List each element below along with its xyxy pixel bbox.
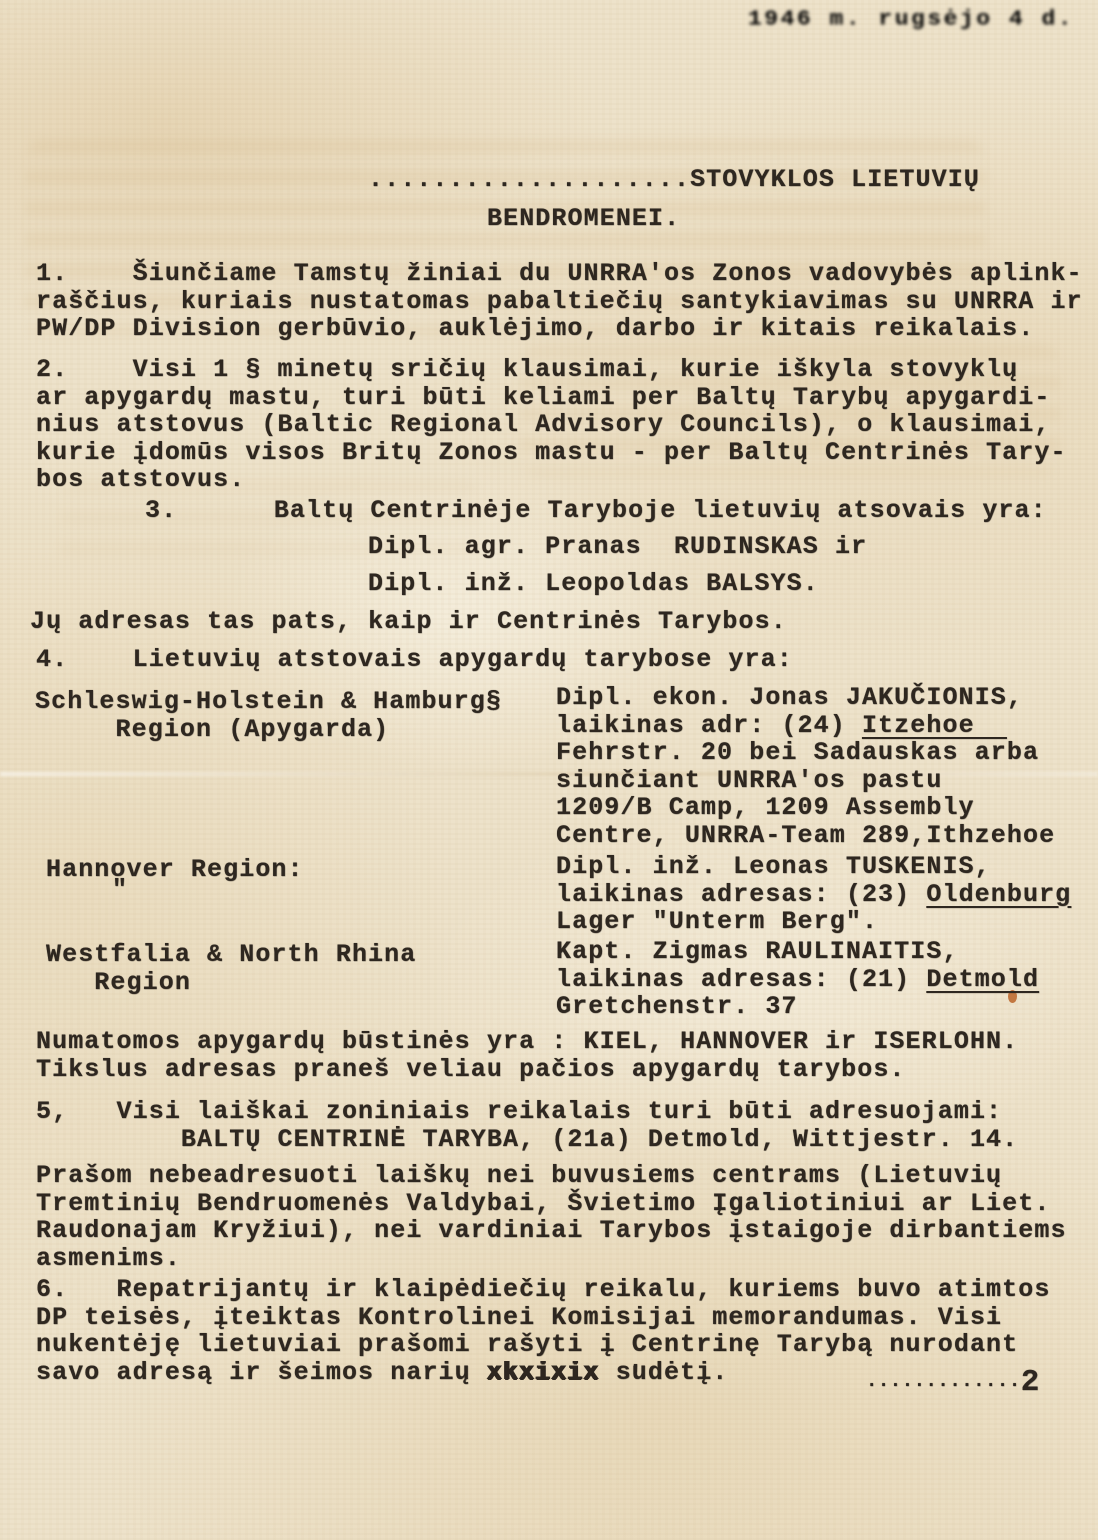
- region-schleswig-representative: Dipl. ekon. Jonas JAKUČIONIS,laikinas ad…: [556, 684, 1055, 849]
- region-westfalia-representative: Kapt. Zigmas RAULINAITIS,laikinas adresa…: [556, 938, 1039, 1021]
- section-4-heading: 4. Lietuvių atstovais apygardų tarybose …: [36, 646, 793, 674]
- headquarters-note: Numatomos apygardų būstinės yra : KIEL, …: [36, 1028, 1018, 1083]
- text-line: Lager "Unterm Berg".: [556, 908, 1071, 936]
- text-line: Dipl. inž. Leonas TUSKENIS,: [556, 853, 1071, 881]
- text-line: 4. Lietuvių atstovais apygardų tarybose …: [36, 646, 793, 674]
- text-line: Dipl. ekon. Jonas JAKUČIONIS,: [556, 684, 1055, 712]
- text-line: 1. Šiunčiame Tamstų žiniai du UNRRA'os Z…: [36, 260, 1083, 288]
- text-line: laikinas adresas: (23) Oldenburg: [556, 881, 1071, 909]
- paragraph-2: 2. Visi 1 § minetų sričių klausimai, kur…: [36, 356, 1067, 494]
- text-line: Raudonajam Kryžiui), nei vardiniai Taryb…: [36, 1217, 1067, 1245]
- text-line: BALTŲ CENTRINĖ TARYBA, (21a) Detmold, Wi…: [36, 1126, 1018, 1154]
- text-line: kurie įdomūs visos Britų Zonos mastu - p…: [36, 439, 1067, 467]
- text-line: raščius, kuriais nustatomas pabaltiečių …: [36, 288, 1083, 316]
- text-line: Fehrstr. 20 bei Sadauskas arba: [556, 739, 1055, 767]
- region-schleswig-label: Schleswig-Holstein & Hamburg§ Region (Ap…: [35, 688, 502, 743]
- text-line: Kapt. Zigmas RAULINAITIS,: [556, 938, 1039, 966]
- document-page: 1946 m. rugsėjo 4 d. ...................…: [0, 0, 1098, 1540]
- stray-mark: ': [628, 1362, 644, 1390]
- delegate-rudinskas: Dipl. agr. Pranas RUDINSKAS ir: [368, 533, 867, 561]
- paragraph-5: 5, Visi laiškai zoniniais reikalais turi…: [36, 1098, 1018, 1153]
- document-title-line1: ....................STOVYKLOS LIETUVIŲ: [368, 166, 980, 194]
- region-westfalia-label: Westfalia & North Rhina Region: [46, 941, 416, 996]
- text-line: bos atstovus.: [36, 466, 1067, 494]
- text-line: nius atstovus (Baltic Regional Advisory …: [36, 411, 1067, 439]
- page-leader-dots: .............: [866, 1370, 1021, 1392]
- region-hannover-representative: Dipl. inž. Leonas TUSKENIS,laikinas adre…: [556, 853, 1071, 936]
- text-line: Region: [46, 969, 416, 997]
- text-line: Westfalia & North Rhina: [46, 941, 416, 969]
- text-line: 6. Repatrijantų ir klaipėdiečių reikalu,…: [36, 1276, 1050, 1304]
- text-line: Dipl. agr. Pranas RUDINSKAS ir: [368, 533, 867, 561]
- leader-dots: ....................: [368, 165, 690, 194]
- document-title-line2: BENDROMENEI.: [487, 205, 680, 233]
- page-number: 2: [1021, 1365, 1041, 1400]
- text-line: 1209/B Camp, 1209 Assembly: [556, 794, 1055, 822]
- text-line: 2. Visi 1 § minetų sričių klausimai, kur…: [36, 356, 1067, 384]
- text-line: nukentėję lietuviai prašomi rašyti į Cen…: [36, 1331, 1050, 1359]
- text-line: Tikslus adresas praneš veliau pačios apy…: [36, 1056, 1018, 1084]
- text-line: Dipl. inž. Leopoldas BALSYS.: [368, 570, 819, 598]
- text-line: ar apygardų mastu, turi būti keliami per…: [36, 384, 1067, 412]
- text-line: 3. Baltų Centrinėje Taryboje lietuvių at…: [145, 497, 1047, 525]
- text-line: Prašom nebeadresuoti laiškų nei buvusiem…: [36, 1162, 1067, 1190]
- text-line: laikinas adresas: (21) Detmold: [556, 966, 1039, 994]
- region-hannover-label: Hannover Region:: [46, 856, 304, 884]
- section-3-heading: 3. Baltų Centrinėje Taryboje lietuvių at…: [145, 497, 1047, 525]
- stray-mark: ": [112, 876, 128, 904]
- text-line: Jų adresas tas pats, kaip ir Centrinės T…: [30, 608, 787, 636]
- text-line: Schleswig-Holstein & Hamburg§: [35, 688, 502, 716]
- date-stamp: 1946 m. rugsėjo 4 d.: [748, 7, 1074, 31]
- page-number-line: .............2: [866, 1368, 1040, 1398]
- text-line: Numatomos apygardų būstinės yra : KIEL, …: [36, 1028, 1018, 1056]
- paragraph-1: 1. Šiunčiame Tamstų žiniai du UNRRA'os Z…: [36, 260, 1083, 343]
- text-line: Tremtinių Bendruomenės Valdybai, Švietim…: [36, 1190, 1067, 1218]
- text-line: PW/DP Division gerbūvio, auklėjimo, darb…: [36, 315, 1083, 343]
- text-line: Hannover Region:: [46, 856, 304, 884]
- text-line: DP teisės, įteiktas Kontrolinei Komisija…: [36, 1304, 1050, 1332]
- paragraph-5-note: Prašom nebeadresuoti laiškų nei buvusiem…: [36, 1162, 1067, 1272]
- text-line: Region (Apygarda): [35, 716, 502, 744]
- title-text: STOVYKLOS LIETUVIŲ: [690, 165, 980, 194]
- text-line: siunčiant UNRRA'os pastu: [556, 767, 1055, 795]
- text-line: Gretchenstr. 37: [556, 993, 1039, 1021]
- text-line: asmenims.: [36, 1245, 1067, 1273]
- delegate-balsys: Dipl. inž. Leopoldas BALSYS.: [368, 570, 819, 598]
- text-line: 5, Visi laiškai zoniniais reikalais turi…: [36, 1098, 1018, 1126]
- text-line: Centre, UNRRA-Team 289,Ithzehoe: [556, 822, 1055, 850]
- text-line: laikinas adr: (24) Itzehoe: [556, 712, 1055, 740]
- address-note: Jų adresas tas pats, kaip ir Centrinės T…: [30, 608, 787, 636]
